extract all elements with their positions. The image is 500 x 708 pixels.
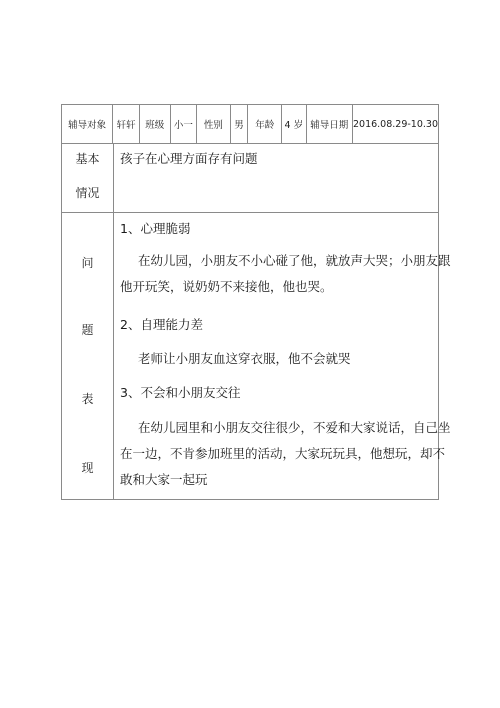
- basic-situation-row: 基本 情况 孩子在心理方面存有问题: [62, 144, 438, 213]
- problem-manifestation-label: 问 题 表 现: [62, 213, 114, 499]
- problem-3-title: 3、不会和小朋友交往: [120, 383, 240, 401]
- basic-situation-label: 基本 情况: [62, 144, 114, 212]
- problem-3-line-1: 在幼儿园里和小朋友交往很少，不爱和大家说话，自己坐: [138, 418, 451, 436]
- label-gender: 性别: [197, 105, 231, 143]
- basic-situation-text: 孩子在心理方面存有问题: [120, 149, 258, 167]
- problem-3-line-2: 在一边，不肯参加班里的活动，大家玩玩具，他想玩，却不: [120, 444, 445, 462]
- problem-1-title: 1、心理脆弱: [120, 219, 190, 237]
- basic-situation-content: 孩子在心理方面存有问题: [114, 144, 438, 212]
- value-child-name: 轩轩: [113, 105, 140, 143]
- value-class: 小一: [171, 105, 198, 143]
- problem-manifestation-row: 问 题 表 现 1、心理脆弱 在幼儿园，小朋友不小心碰了他，就放声大哭；小朋友跟…: [62, 213, 438, 499]
- counseling-record-table: 辅导对象 轩轩 班级 小一 性别 男 年龄 4 岁 辅导日期 2016.08.2…: [61, 104, 439, 500]
- problem-2-title: 2、自理能力差: [120, 315, 203, 333]
- problem-label-char-2: 题: [62, 321, 113, 338]
- problem-3-line-3: 敢和大家一起玩: [120, 470, 208, 488]
- problem-2-line-1: 老师让小朋友血这穿衣服，他不会就哭: [138, 349, 351, 367]
- basic-label-line2: 情况: [62, 184, 113, 201]
- value-gender: 男: [231, 105, 249, 143]
- problem-label-char-4: 现: [62, 459, 113, 476]
- label-counseling-date: 辅导日期: [307, 105, 353, 143]
- label-class: 班级: [140, 105, 171, 143]
- label-age: 年龄: [248, 105, 282, 143]
- label-counseling-target: 辅导对象: [62, 105, 113, 143]
- basic-label-line1: 基本: [62, 150, 113, 167]
- info-header-row: 辅导对象 轩轩 班级 小一 性别 男 年龄 4 岁 辅导日期 2016.08.2…: [62, 105, 438, 144]
- problem-label-char-3: 表: [62, 390, 113, 407]
- problem-manifestation-content: 1、心理脆弱 在幼儿园，小朋友不小心碰了他，就放声大哭；小朋友跟 他开玩笑，说奶…: [114, 213, 438, 499]
- problem-label-char-1: 问: [62, 254, 113, 271]
- value-counseling-date: 2016.08.29-10.30: [353, 105, 438, 143]
- problem-1-line-2: 他开玩笑，说奶奶不来接他，他也哭。: [120, 277, 333, 295]
- document-page: 辅导对象 轩轩 班级 小一 性别 男 年龄 4 岁 辅导日期 2016.08.2…: [0, 0, 500, 708]
- problem-1-line-1: 在幼儿园，小朋友不小心碰了他，就放声大哭；小朋友跟: [138, 251, 451, 269]
- value-age: 4 岁: [282, 105, 307, 143]
